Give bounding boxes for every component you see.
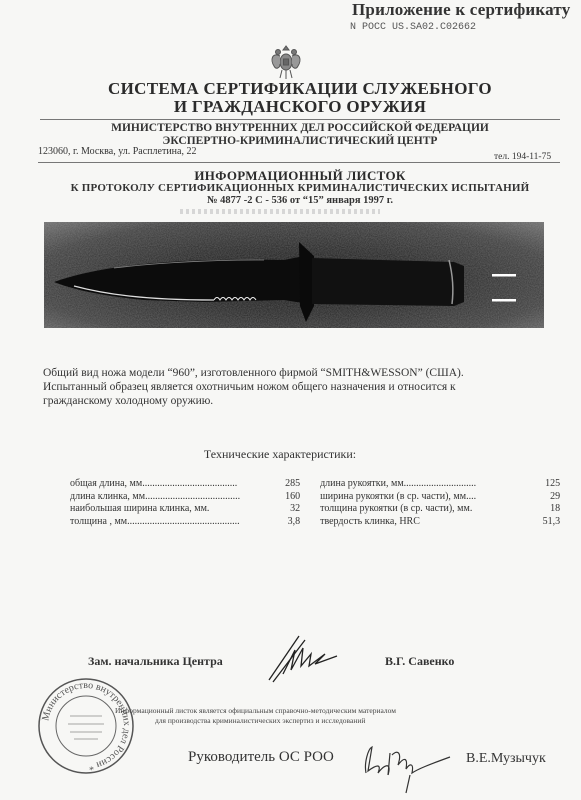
organization-block: МИНИСТЕРСТВО ВНУТРЕННИХ ДЕЛ РОССИЙСКОЙ Ф… (0, 122, 581, 148)
spec-value: 32 (240, 503, 300, 516)
phone: тел. 194-11-75 (494, 152, 551, 162)
description: Общий вид ножа модели “960”, изготовленн… (43, 366, 563, 408)
description-line2: Испытанный образец является охотничьим н… (43, 380, 563, 394)
head-role: Руководитель ОС РОО (188, 749, 334, 766)
knife-photo (44, 222, 544, 328)
spec-value: 51,3 (530, 516, 560, 529)
spec-label: общая длина, мм.........................… (70, 478, 240, 491)
spec-label: толщина рукоятки (в ср. части), мм. (320, 503, 530, 516)
spec-row: длина клинка, мм........................… (70, 491, 560, 504)
spec-value: 18 (530, 503, 560, 516)
double-headed-eagle-emblem-icon (268, 42, 304, 82)
faint-text-artifact (180, 209, 380, 214)
specs-title: Технические характеристики: (0, 447, 560, 462)
footnote-line1: Информационный листок является официальн… (115, 706, 396, 715)
signature-scribble-icon (265, 630, 345, 685)
system-title: СИСТЕМА СЕРТИФИКАЦИИ СЛУЖЕБНОГО И ГРАЖДА… (0, 80, 581, 116)
spec-row: общая длина, мм.........................… (70, 478, 560, 491)
head-name: В.Е.Музычук (466, 751, 546, 767)
spec-label: длина рукоятки, мм......................… (320, 478, 530, 491)
description-line1: Общий вид ножа модели “960”, изготовленн… (43, 366, 563, 380)
address: 123060, г. Москва, ул. Расплетина, 22 (38, 146, 196, 157)
spec-row: толщина , мм............................… (70, 516, 560, 529)
spec-value: 125 (530, 478, 560, 491)
footnote-line2: для производства криминалистических эксп… (115, 716, 515, 726)
protocol-number: № 4877 -2 С - 536 от “15” января 1997 г. (0, 195, 581, 206)
divider (40, 119, 560, 120)
spec-row: наибольшая ширина клинка, мм. 32 толщина… (70, 503, 560, 516)
specs-table: общая длина, мм.........................… (70, 478, 560, 528)
certificate-number: N РОСС US.SA02.C02662 (350, 22, 476, 33)
appendix-title: Приложение к сертификату (352, 0, 570, 20)
spec-label: ширина рукоятки (в ср. части), мм.... (320, 491, 530, 504)
spec-label: толщина , мм............................… (70, 516, 240, 529)
document-subtitle: К ПРОТОКОЛУ СЕРТИФИКАЦИОННЫХ КРИМИНАЛИСТ… (0, 182, 581, 194)
deputy-name: В.Г. Савенко (385, 654, 454, 669)
spec-value: 3,8 (240, 516, 300, 529)
spec-value: 285 (240, 478, 300, 491)
ministry-name: МИНИСТЕРСТВО ВНУТРЕННИХ ДЕЛ РОССИЙСКОЙ Ф… (0, 122, 581, 135)
footnote: Информационный листок является официальн… (115, 706, 515, 726)
signature-scribble-icon (358, 735, 458, 795)
official-stamp-icon: Министерство внутренних дел России * (36, 676, 136, 776)
system-title-line2: И ГРАЖДАНСКОГО ОРУЖИЯ (0, 98, 581, 116)
spec-value: 160 (240, 491, 300, 504)
system-title-line1: СИСТЕМА СЕРТИФИКАЦИИ СЛУЖЕБНОГО (0, 80, 581, 98)
description-line3: гражданскому холодному оружию. (43, 394, 563, 408)
spec-label: длина клинка, мм........................… (70, 491, 240, 504)
deputy-role: Зам. начальника Центра (88, 654, 223, 669)
divider (38, 162, 560, 163)
spec-value: 29 (530, 491, 560, 504)
spec-label: твердость клинка, HRC (320, 516, 530, 529)
spec-label: наибольшая ширина клинка, мм. (70, 503, 240, 516)
